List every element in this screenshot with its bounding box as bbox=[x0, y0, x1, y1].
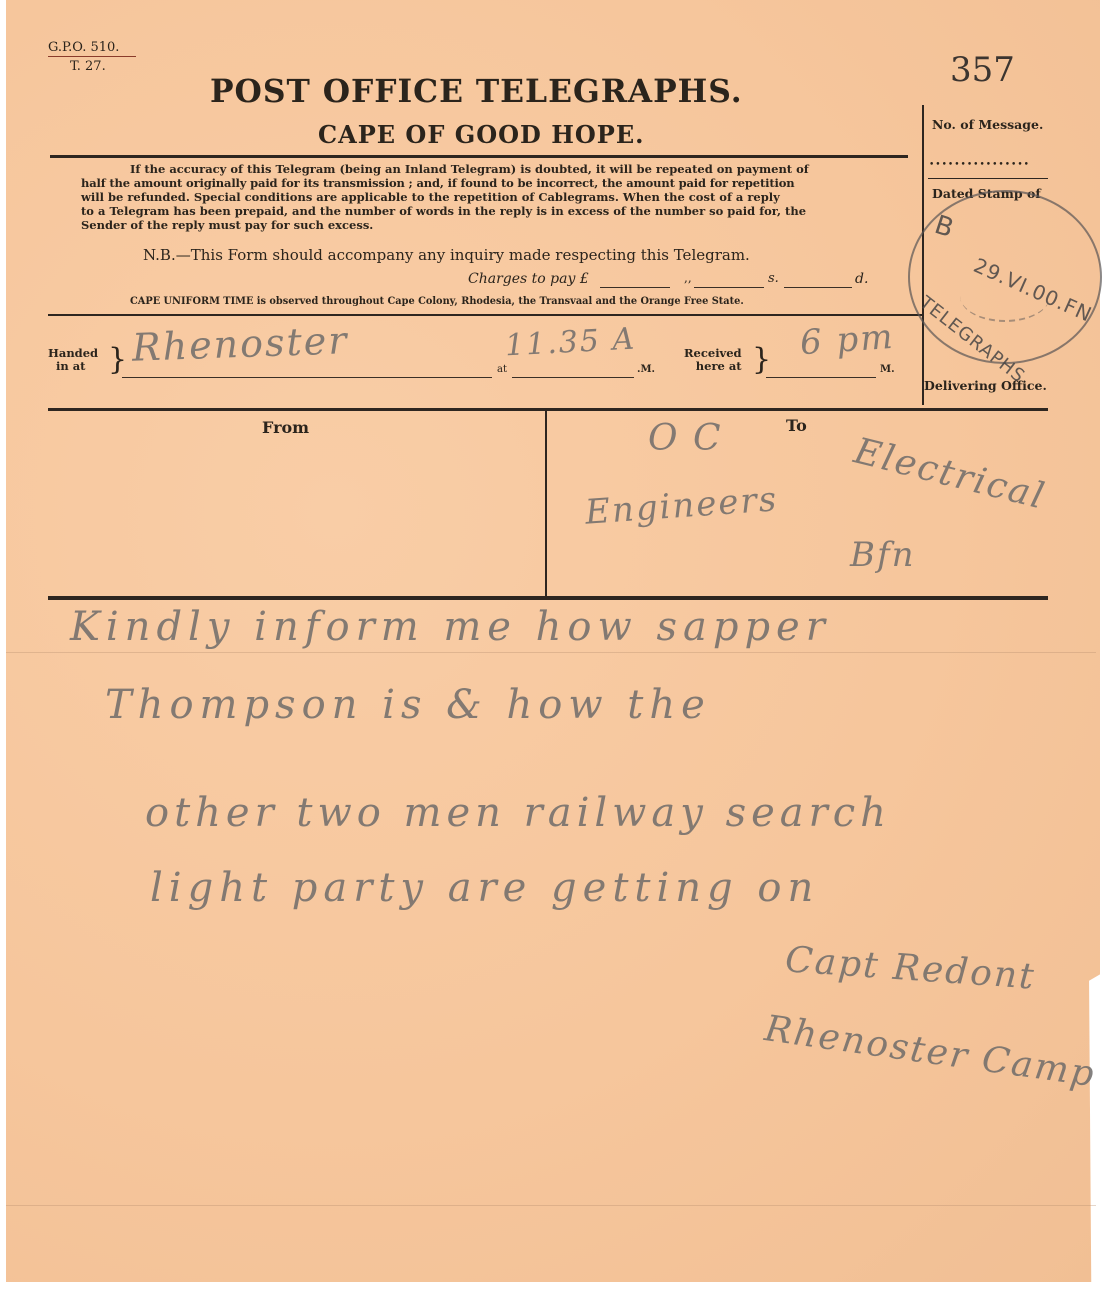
no-of-message-label: No. of Message. bbox=[932, 117, 1043, 132]
handed-in-place-field[interactable] bbox=[122, 377, 492, 378]
charges-s-label: s. bbox=[768, 271, 779, 286]
page-title: POST OFFICE TELEGRAPHS. bbox=[210, 72, 743, 110]
notice-line-4: to a Telegram has been prepaid, and the … bbox=[81, 205, 806, 218]
from-to-bottom-rule bbox=[48, 596, 1048, 600]
charges-pounds-field[interactable] bbox=[600, 287, 670, 288]
form-code-top: G.P.O. 510. bbox=[48, 40, 119, 55]
handwritten-message-line1: Kindly inform me how sapper bbox=[70, 604, 831, 650]
brace-icon: } bbox=[752, 342, 771, 377]
handwritten-handed-in-place: Rhenoster bbox=[131, 318, 349, 370]
to-label: To bbox=[786, 416, 807, 435]
from-label: From bbox=[262, 418, 309, 437]
charges-label: Charges to pay £ bbox=[468, 271, 589, 287]
handwritten-message-line3: other two men railway search bbox=[145, 790, 891, 836]
form-code-divider bbox=[48, 56, 136, 57]
handed-in-time-field[interactable] bbox=[512, 377, 634, 378]
paper-crease bbox=[6, 1205, 1096, 1206]
notice-line-2: half the amount originally paid for its … bbox=[81, 177, 794, 190]
side-divider bbox=[928, 178, 1048, 179]
page-subtitle: CAPE OF GOOD HOPE. bbox=[318, 120, 644, 149]
handwritten-message-line2: Thompson is & how the bbox=[105, 682, 711, 728]
m-label-1: .M. bbox=[637, 364, 655, 375]
received-label-line2: here at bbox=[684, 360, 742, 373]
uniform-time-note: CAPE UNIFORM TIME is observed throughout… bbox=[130, 295, 744, 307]
handed-in-label-line2: in at bbox=[48, 360, 98, 373]
from-to-divider bbox=[545, 410, 547, 598]
handwritten-message-line4: light party are getting on bbox=[150, 865, 819, 911]
handwritten-to-line1: O C bbox=[648, 418, 723, 459]
notice-line-3: will be refunded. Special conditions are… bbox=[81, 191, 780, 204]
message-number-dots: •••••••••••••••• bbox=[929, 160, 1030, 170]
notice-divider bbox=[48, 314, 922, 316]
paper-crease bbox=[6, 652, 1096, 653]
serial-number: 357 bbox=[950, 50, 1015, 90]
charges-pence-field[interactable] bbox=[784, 287, 852, 288]
handwritten-to-line4: Bfn bbox=[850, 535, 915, 575]
header-divider bbox=[50, 155, 908, 158]
charges-d-label: d. bbox=[855, 271, 868, 287]
received-label: Received here at bbox=[684, 347, 742, 373]
at-label: at bbox=[497, 364, 507, 375]
from-to-top-rule bbox=[48, 408, 1048, 411]
charges-sep: ,, bbox=[684, 271, 692, 285]
delivering-office-label: Delivering Office. bbox=[924, 378, 1047, 393]
form-code-bottom: T. 27. bbox=[70, 59, 106, 74]
m-label-2: M. bbox=[880, 364, 895, 375]
handwritten-received-time: 6 pm bbox=[799, 317, 896, 363]
handed-in-label: Handed in at bbox=[48, 347, 98, 373]
received-time-field[interactable] bbox=[766, 377, 876, 378]
notice-line-5: Sender of the reply must pay for such ex… bbox=[81, 219, 373, 232]
charges-shillings-field[interactable] bbox=[694, 287, 764, 288]
notice-line-1: If the accuracy of this Telegram (being … bbox=[130, 163, 809, 176]
handwritten-handed-in-time: 11.35 A bbox=[504, 322, 637, 364]
brace-icon: } bbox=[108, 342, 127, 377]
nb-line: N.B.—This Form should accompany any inqu… bbox=[143, 246, 750, 264]
